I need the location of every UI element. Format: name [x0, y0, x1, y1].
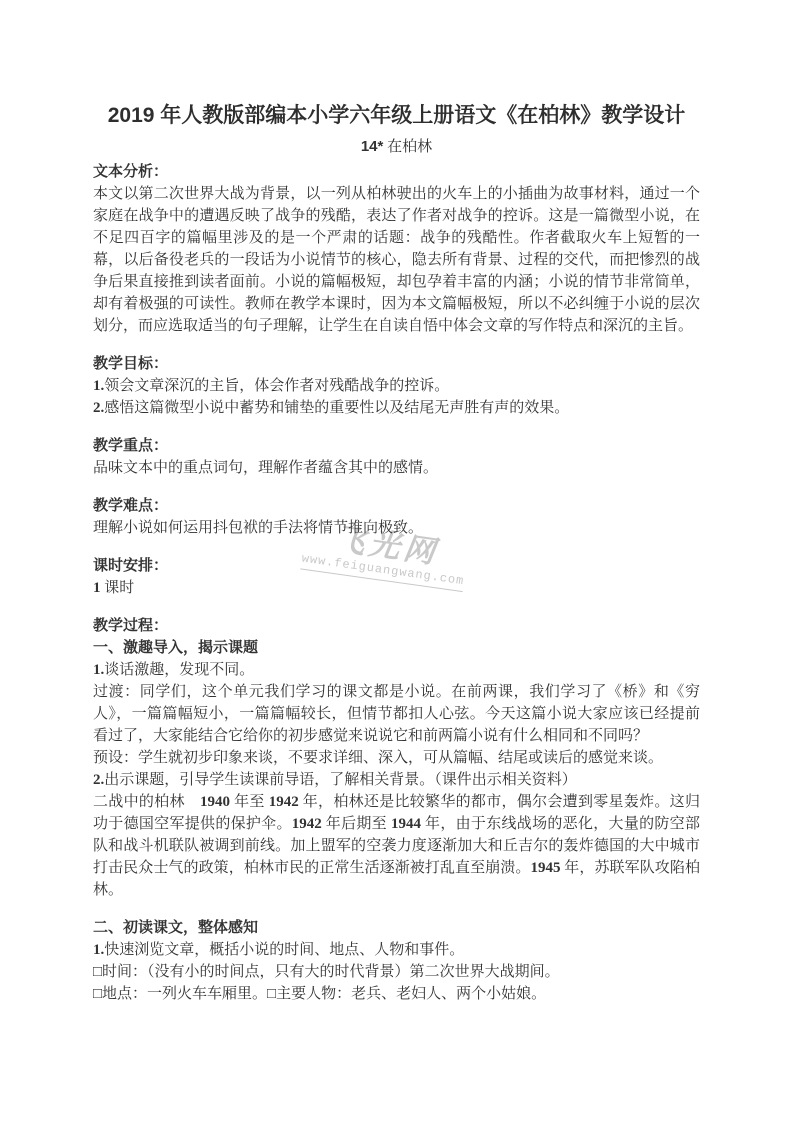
paragraph: 1.谈话激趣，发现不同。: [93, 659, 700, 681]
paragraph: 1.快速浏览文章，概括小说的时间、地点、人物和事件。: [93, 939, 700, 961]
paragraph: 过渡：同学们，这个单元我们学习的课文都是小说。在前两课，我们学习了《桥》和《穷人…: [93, 681, 700, 747]
blank-line: [93, 337, 700, 353]
section-heading: 课时安排：: [93, 555, 700, 577]
section-heading: 文本分析：: [93, 161, 700, 183]
section-heading: 教学过程：: [93, 615, 700, 637]
paragraph: □时间：（没有小的时间点，只有大的时代背景）第二次世界大战期间。: [93, 961, 700, 983]
blank-line: [93, 539, 700, 555]
blank-line: [93, 419, 700, 435]
document-page: 飞光网 www.feiguangwang.com 2019 年人教版部编本小学六…: [0, 0, 793, 1122]
paragraph: □地点：一列火车车厢里。□主要人物：老兵、老妇人、两个小姑娘。: [93, 983, 700, 1005]
document-body: 文本分析：本文以第二次世界大战为背景，以一列从柏林驶出的火车上的小插曲为故事材料…: [93, 161, 700, 1005]
paragraph: 理解小说如何运用抖包袱的手法将情节推向极致。: [93, 517, 700, 539]
paragraph: 2.出示课题，引导学生读课前导语，了解相关背景。（课件出示相关资料）: [93, 769, 700, 791]
page-title: 2019 年人教版部编本小学六年级上册语文《在柏林》教学设计: [93, 103, 700, 129]
document-content: 2019 年人教版部编本小学六年级上册语文《在柏林》教学设计 14* 在柏林 文…: [93, 103, 700, 1005]
blank-line: [93, 479, 700, 495]
blank-line: [93, 901, 700, 917]
paragraph: 二战中的柏林 1940 年至 1942 年，柏林还是比较繁华的都市，偶尔会遭到零…: [93, 791, 700, 901]
section-heading: 教学重点：: [93, 435, 700, 457]
paragraph: 本文以第二次世界大战为背景，以一列从柏林驶出的火车上的小插曲为故事材料，通过一个…: [93, 183, 700, 337]
blank-line: [93, 599, 700, 615]
paragraph: 1.领会文章深沉的主旨，体会作者对残酷战争的控诉。: [93, 375, 700, 397]
paragraph: 1 课时: [93, 577, 700, 599]
paragraph: 品味文本中的重点词句，理解作者蕴含其中的感情。: [93, 457, 700, 479]
section-heading: 一、激趣导入，揭示课题: [93, 637, 700, 659]
paragraph: 2.感悟这篇微型小说中蓄势和铺垫的重要性以及结尾无声胜有声的效果。: [93, 397, 700, 419]
section-heading: 教学目标：: [93, 353, 700, 375]
paragraph: 预设：学生就初步印象来谈，不要求详细、深入，可从篇幅、结尾或读后的感觉来谈。: [93, 747, 700, 769]
section-heading: 二、初读课文，整体感知: [93, 917, 700, 939]
lesson-subtitle: 14* 在柏林: [93, 137, 700, 157]
section-heading: 教学难点：: [93, 495, 700, 517]
